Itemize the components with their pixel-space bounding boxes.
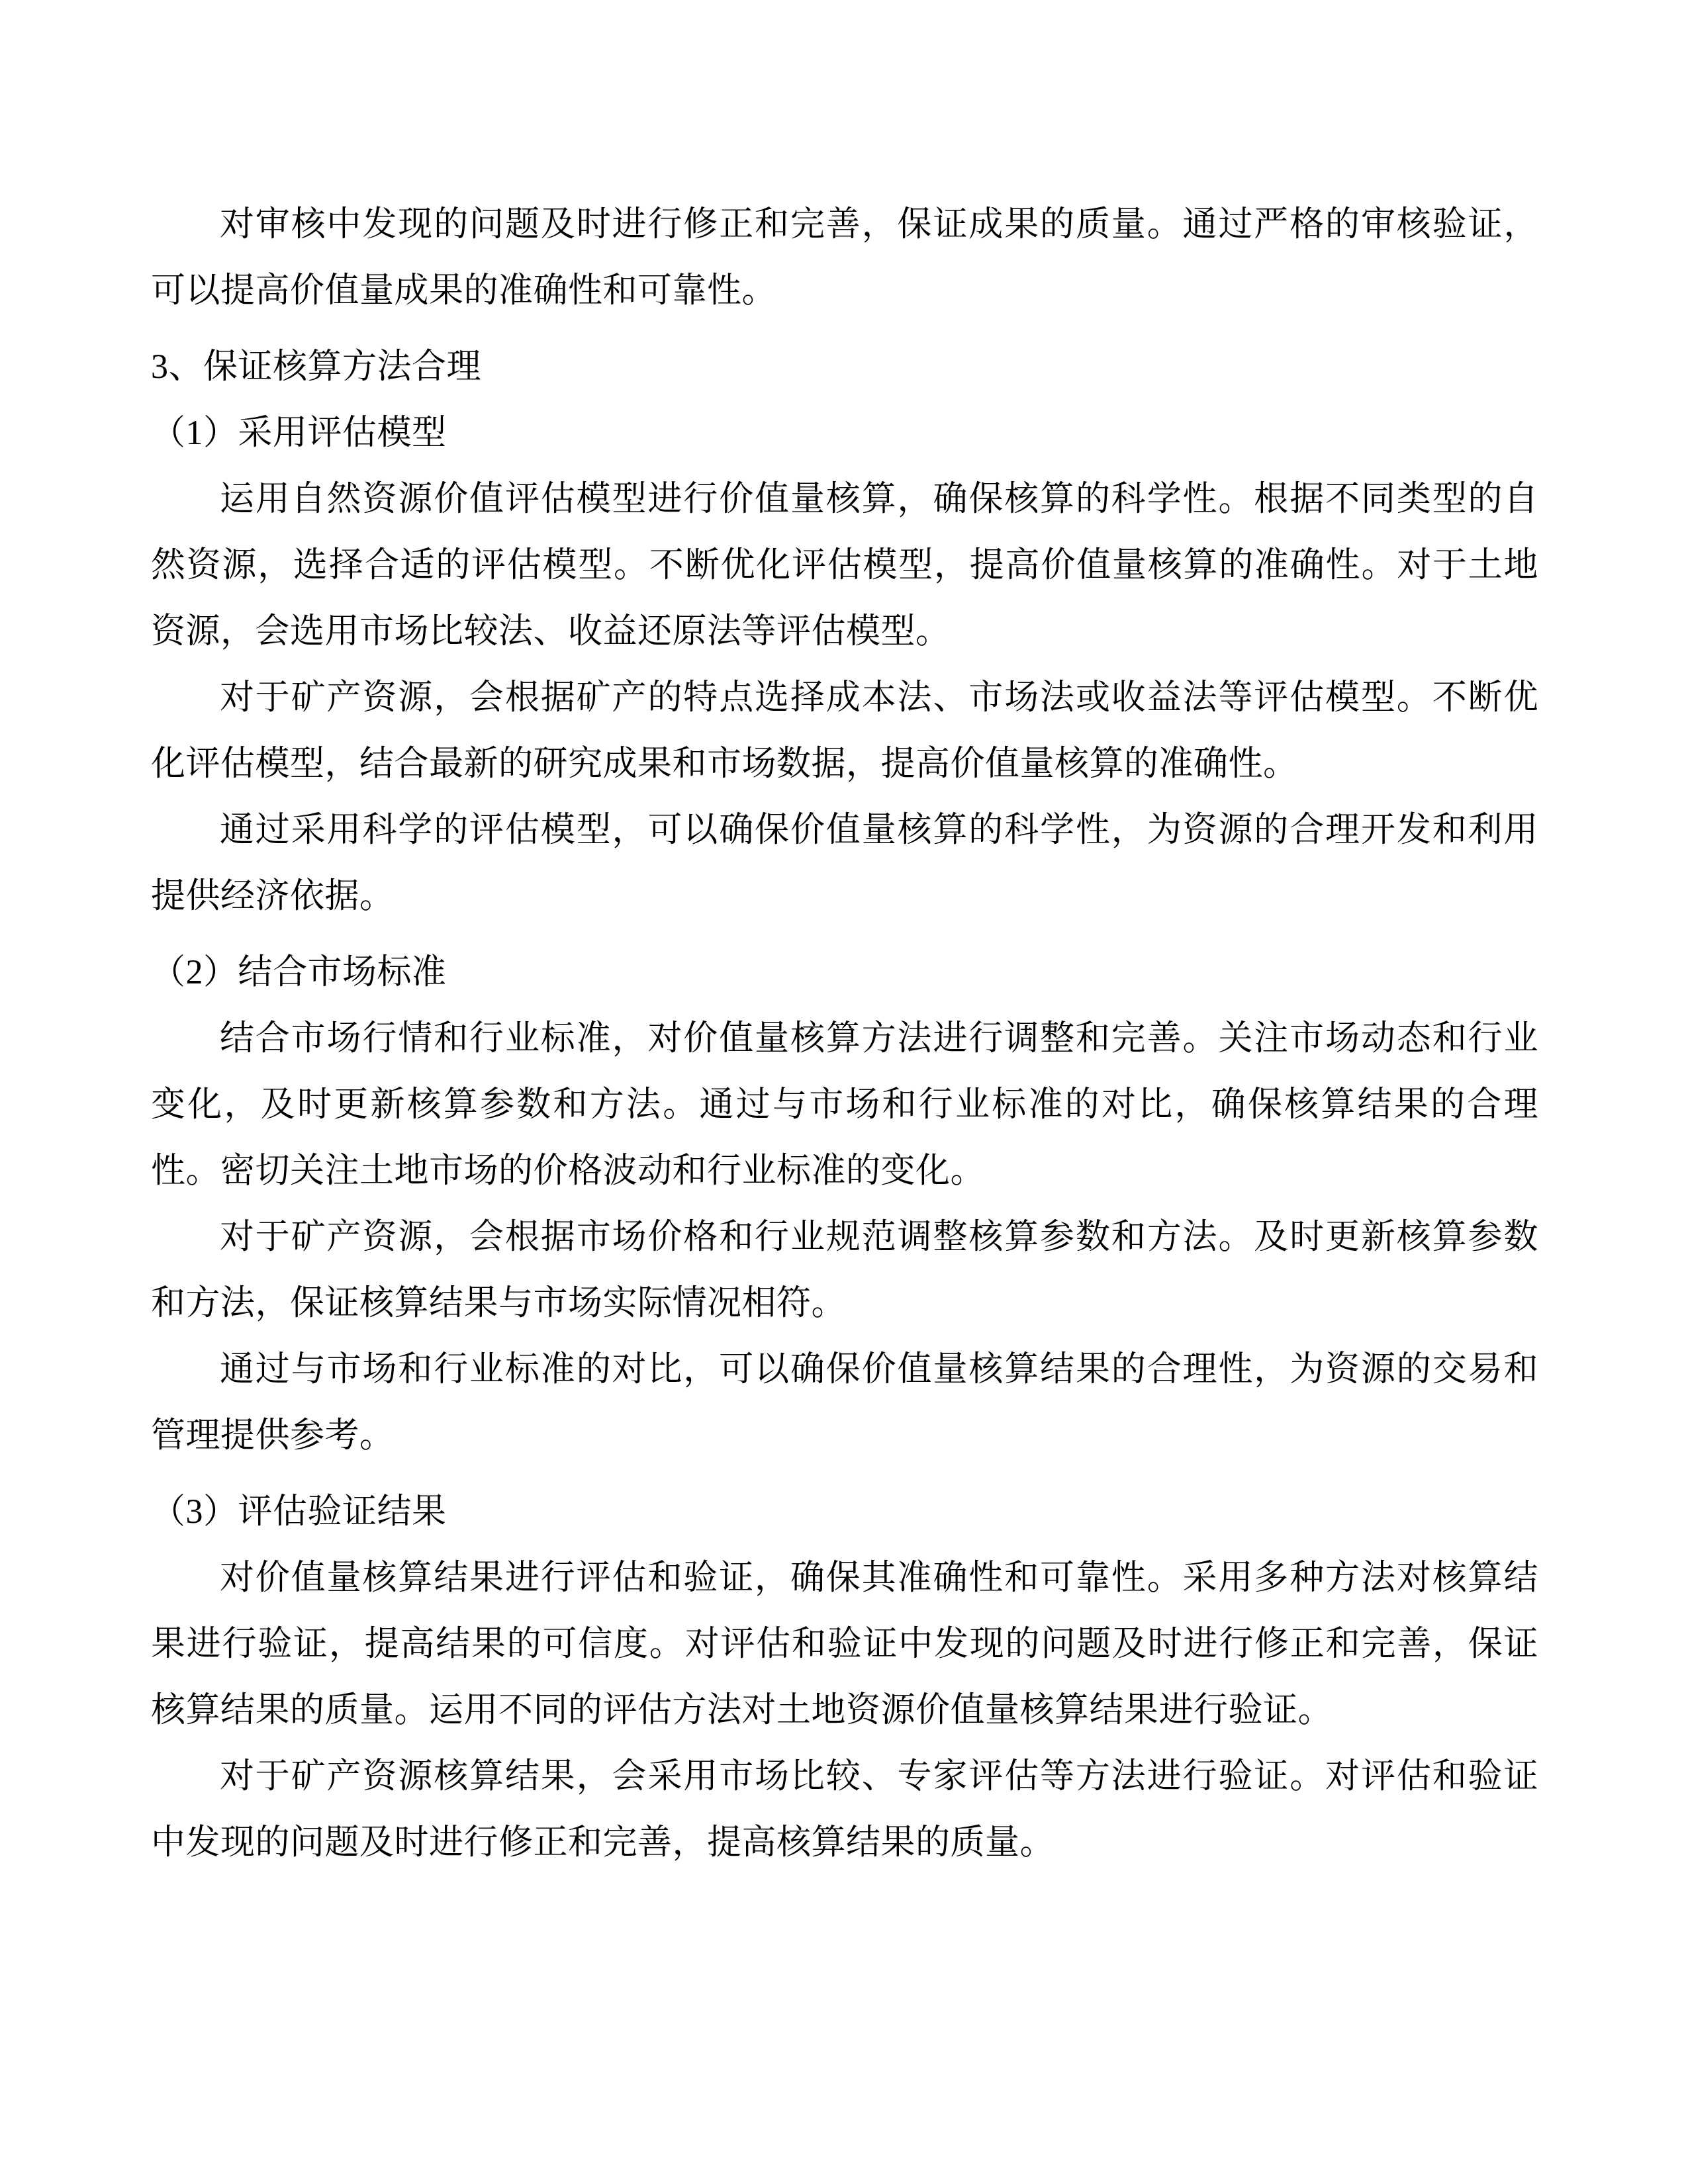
document-page: 对审核中发现的问题及时进行修正和完善，保证成果的质量。通过严格的审核验证，可以提… (0, 0, 1688, 2184)
section-heading: 3、保证核算方法合理 (151, 334, 1538, 400)
body-paragraph: 对于矿产资源，会根据市场价格和行业规范调整核算参数和方法。及时更新核算参数和方法… (151, 1205, 1538, 1337)
body-paragraph: 通过与市场和行业标准的对比，可以确保价值量核算结果的合理性，为资源的交易和管理提… (151, 1337, 1538, 1469)
subsection-heading: （1）采用评估模型 (151, 400, 1538, 467)
body-paragraph: 对审核中发现的问题及时进行修正和完善，保证成果的质量。通过严格的审核验证，可以提… (151, 192, 1538, 324)
body-paragraph: 通过采用科学的评估模型，可以确保价值量核算的科学性，为资源的合理开发和利用提供经… (151, 797, 1538, 930)
body-paragraph: 对价值量核算结果进行评估和验证，确保其准确性和可靠性。采用多种方法对核算结果进行… (151, 1545, 1538, 1744)
body-paragraph: 运用自然资源价值评估模型进行价值量核算，确保核算的科学性。根据不同类型的自然资源… (151, 467, 1538, 665)
body-paragraph: 对于矿产资源核算结果，会采用市场比较、专家评估等方法进行验证。对评估和验证中发现… (151, 1744, 1538, 1876)
subsection-heading: （3）评估验证结果 (151, 1479, 1538, 1545)
body-paragraph: 对于矿产资源，会根据矿产的特点选择成本法、市场法或收益法等评估模型。不断优化评估… (151, 665, 1538, 797)
subsection-heading: （2）结合市场标准 (151, 940, 1538, 1006)
body-paragraph: 结合市场行情和行业标准，对价值量核算方法进行调整和完善。关注市场动态和行业变化，… (151, 1006, 1538, 1205)
document-content: 对审核中发现的问题及时进行修正和完善，保证成果的质量。通过严格的审核验证，可以提… (151, 192, 1538, 1876)
